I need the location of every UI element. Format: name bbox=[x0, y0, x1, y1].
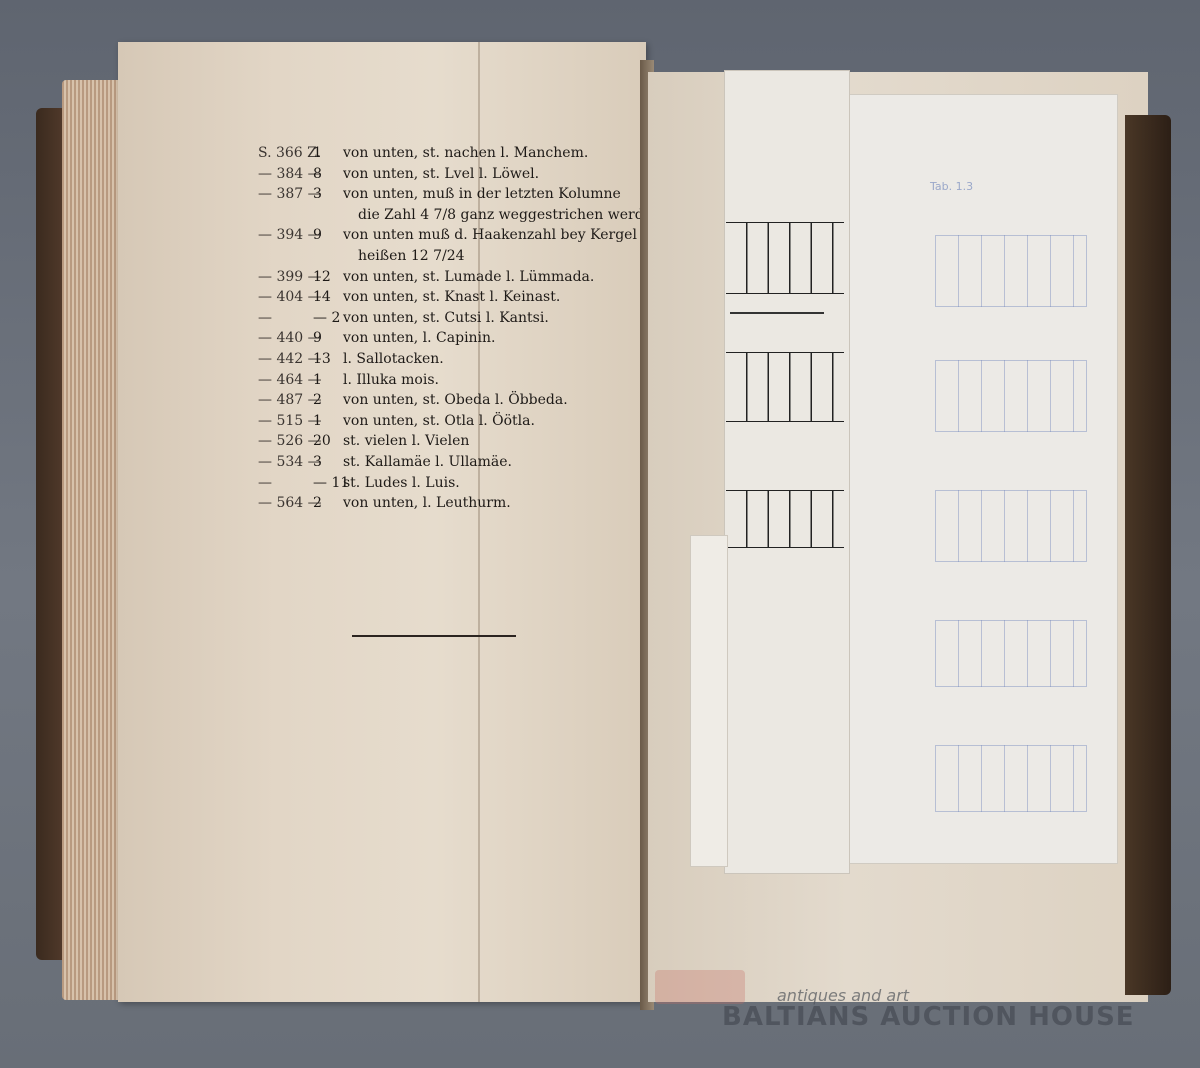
errata-line: 3 bbox=[313, 184, 343, 205]
ink-rune-row bbox=[726, 490, 844, 548]
red-stamp bbox=[655, 970, 745, 1004]
errata-row: die Zahl 4 7/8 ganz weggestrichen werden… bbox=[258, 205, 638, 226]
errata-line: 12 bbox=[313, 267, 343, 288]
errata-text: von unten, st. Lumade l. Lümmada. bbox=[343, 267, 638, 288]
ink-rune-row bbox=[726, 222, 844, 294]
pencil-rune-row bbox=[935, 235, 1087, 307]
errata-page: — 487 — bbox=[258, 390, 313, 411]
errata-row: — 526 —20st. vielen l. Vielen bbox=[258, 431, 638, 452]
errata-text: von unten, st. Cutsi l. Kantsi. bbox=[343, 308, 638, 329]
branch-ornament bbox=[730, 312, 824, 314]
errata-row: — 442 —13l. Sallotacken. bbox=[258, 349, 638, 370]
pencil-rune-row bbox=[935, 360, 1087, 432]
errata-text: von unten, st. Obeda l. Öbbeda. bbox=[343, 390, 638, 411]
ink-rune-row bbox=[726, 352, 844, 422]
errata-page: — bbox=[258, 473, 313, 494]
errata-text: von unten muß d. Haakenzahl bey Kergel bbox=[343, 225, 638, 246]
errata-text: von unten, l. Leuthurm. bbox=[343, 493, 638, 514]
errata-text: l. Sallotacken. bbox=[343, 349, 638, 370]
errata-list: S. 366 Z.1von unten, st. nachen l. Manch… bbox=[258, 143, 638, 514]
errata-page: — 394 — bbox=[258, 225, 313, 246]
errata-row: — 515 —1von unten, st. Otla l. Öötla. bbox=[258, 411, 638, 432]
errata-page: — 440 — bbox=[258, 328, 313, 349]
errata-row: — 487 —2von unten, st. Obeda l. Öbbeda. bbox=[258, 390, 638, 411]
errata-row: —— 11st. Ludes l. Luis. bbox=[258, 473, 638, 494]
errata-page: — 399 — bbox=[258, 267, 313, 288]
errata-page: — 564 — bbox=[258, 493, 313, 514]
errata-row: — 534 —3st. Kallamäe l. Ullamäe. bbox=[258, 452, 638, 473]
end-rule bbox=[352, 635, 516, 637]
watermark-name: BALTIANS AUCTION HOUSE bbox=[722, 1002, 1135, 1032]
folded-paper-slip bbox=[690, 535, 728, 867]
errata-text: st. Ludes l. Luis. bbox=[343, 473, 638, 494]
errata-page: — 515 — bbox=[258, 411, 313, 432]
pencil-rune-row bbox=[935, 745, 1087, 812]
errata-page: — bbox=[258, 308, 313, 329]
errata-text: von unten, st. nachen l. Manchem. bbox=[343, 143, 638, 164]
errata-text: l. Illuka mois. bbox=[343, 370, 638, 391]
errata-row: — 399 —12von unten, st. Lumade l. Lümmad… bbox=[258, 267, 638, 288]
errata-page: — 442 — bbox=[258, 349, 313, 370]
errata-row: S. 366 Z.1von unten, st. nachen l. Manch… bbox=[258, 143, 638, 164]
errata-text: von unten, st. Lvel l. Löwel. bbox=[343, 164, 638, 185]
errata-row: — 564 —2von unten, l. Leuthurm. bbox=[258, 493, 638, 514]
errata-line: 2 bbox=[313, 390, 343, 411]
errata-text: die Zahl 4 7/8 ganz weggestrichen werden… bbox=[358, 205, 665, 226]
errata-text: von unten, st. Knast l. Keinast. bbox=[343, 287, 638, 308]
errata-page: — 384 — bbox=[258, 164, 313, 185]
errata-row: — 394 —9von unten muß d. Haakenzahl bey … bbox=[258, 225, 638, 246]
errata-page: — 526 — bbox=[258, 431, 313, 452]
errata-line: 1 bbox=[313, 411, 343, 432]
errata-line: 1 bbox=[313, 370, 343, 391]
errata-row: — 387 —3von unten, muß in der letzten Ko… bbox=[258, 184, 638, 205]
errata-line: 9 bbox=[313, 225, 343, 246]
errata-text: von unten, muß in der letzten Kolumne bbox=[343, 184, 638, 205]
errata-row: — 384 —8von unten, st. Lvel l. Löwel. bbox=[258, 164, 638, 185]
ink-drawing-sheet bbox=[724, 70, 850, 874]
errata-line: 13 bbox=[313, 349, 343, 370]
errata-text: st. Kallamäe l. Ullamäe. bbox=[343, 452, 638, 473]
pencil-rune-row bbox=[935, 490, 1087, 562]
errata-text: heißen 12 7/24 bbox=[358, 246, 638, 267]
errata-line: 1 bbox=[313, 143, 343, 164]
errata-page: — 464 — bbox=[258, 370, 313, 391]
errata-text: von unten, l. Capinin. bbox=[343, 328, 638, 349]
errata-line: 9 bbox=[313, 328, 343, 349]
errata-page: S. 366 Z. bbox=[258, 143, 313, 164]
errata-line: 2 bbox=[313, 493, 343, 514]
errata-line: 3 bbox=[313, 452, 343, 473]
errata-line: — 11 bbox=[313, 473, 343, 494]
book-cover-right bbox=[1125, 115, 1171, 995]
pencil-label: Tab. 1.3 bbox=[930, 180, 973, 193]
errata-line: 14 bbox=[313, 287, 343, 308]
errata-page: — 387 — bbox=[258, 184, 313, 205]
errata-line: — 2 bbox=[313, 308, 343, 329]
errata-row: heißen 12 7/24 bbox=[258, 246, 638, 267]
pencil-rune-row bbox=[935, 620, 1087, 687]
errata-row: — 464 —1l. Illuka mois. bbox=[258, 370, 638, 391]
errata-text: st. vielen l. Vielen bbox=[343, 431, 638, 452]
errata-line: 20 bbox=[313, 431, 343, 452]
errata-page: — 404 — bbox=[258, 287, 313, 308]
errata-row: —— 2von unten, st. Cutsi l. Kantsi. bbox=[258, 308, 638, 329]
errata-row: — 404 —14von unten, st. Knast l. Keinast… bbox=[258, 287, 638, 308]
errata-line: 8 bbox=[313, 164, 343, 185]
errata-text: von unten, st. Otla l. Öötla. bbox=[343, 411, 638, 432]
errata-row: — 440 —9von unten, l. Capinin. bbox=[258, 328, 638, 349]
errata-page: — 534 — bbox=[258, 452, 313, 473]
